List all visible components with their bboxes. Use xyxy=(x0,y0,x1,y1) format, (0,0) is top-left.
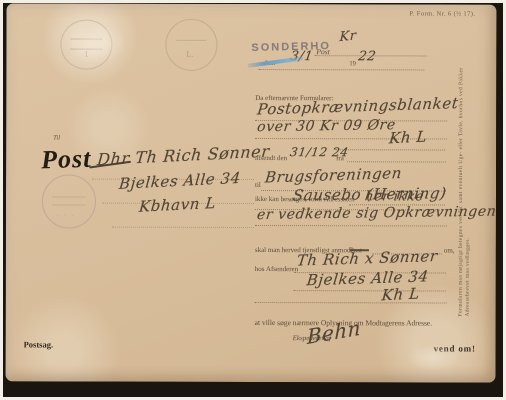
postal-form-card: P. Form. Nr. 6 (½ 17). Formularen maa nø… xyxy=(6,3,497,382)
scanned-postal-form-screenshot: P. Form. Nr. 6 (½ 17). Formularen maa nø… xyxy=(0,0,506,400)
margin-note-line2: Adressebrevet maa vedlægges. xyxy=(464,67,471,316)
sender-label: hos Afsenderen xyxy=(255,265,298,273)
hand-recipient1: Brugsforeningen xyxy=(264,164,403,186)
hand-sender1: Th Rich x Sønner xyxy=(296,247,439,270)
hand-amount-line: over 30 Kr 09 Øre xyxy=(256,117,397,135)
post-big-word: Post xyxy=(41,144,92,176)
sonderho-dotted-line2 xyxy=(258,69,424,70)
paper-smudge-top-left xyxy=(66,24,126,64)
dotted-line-kh2 xyxy=(255,302,447,304)
hand-kh1: Kh L xyxy=(388,127,428,147)
postmark-circle-mid: L. xyxy=(165,19,217,71)
postsag-label: Postsag. xyxy=(24,339,54,349)
violet-postmark-inner-line xyxy=(52,196,86,205)
dotted-line-addr3 xyxy=(112,227,254,228)
dotted-line-sent xyxy=(347,161,446,162)
til-label: til xyxy=(255,181,261,189)
reason-label: ikke kan besørges, fordi Adressaten xyxy=(255,195,355,203)
violet-postmark-dots: ∙ ∙ ∙ xyxy=(57,211,76,219)
year-printed: 19 xyxy=(349,60,356,67)
hand-date-year: 22 xyxy=(357,49,377,64)
hand-address1: Dhr Th Rich Sønner xyxy=(96,141,270,169)
dotted-line-kh1 xyxy=(335,149,445,150)
violet-postmark-circle: ∙ ∙ ∙ xyxy=(42,174,96,228)
form-number: P. Form. Nr. 6 (½ 17). xyxy=(409,10,475,17)
request-label-post: om, xyxy=(444,247,455,255)
margin-note-vertical: Formularen maa nøjagtigt betegnes ved Nr… xyxy=(458,67,472,316)
hand-reason1: her ikke xyxy=(364,189,425,204)
hand-address3: Kbhavn L xyxy=(138,194,217,216)
postmark-mid-code: L. xyxy=(186,50,193,59)
hand-amount-kr: Kr xyxy=(339,28,357,45)
til-small-label: Til xyxy=(53,134,60,141)
paper-smudge-bottom-right xyxy=(406,344,461,370)
sent-label-post: fra xyxy=(336,154,344,162)
dotted-line-reason2 xyxy=(255,225,447,227)
postmark-mid-dateline xyxy=(176,40,206,41)
hand-address2: Bjelkes Alle 34 xyxy=(118,169,241,193)
dotted-line-sender2 xyxy=(294,290,446,291)
